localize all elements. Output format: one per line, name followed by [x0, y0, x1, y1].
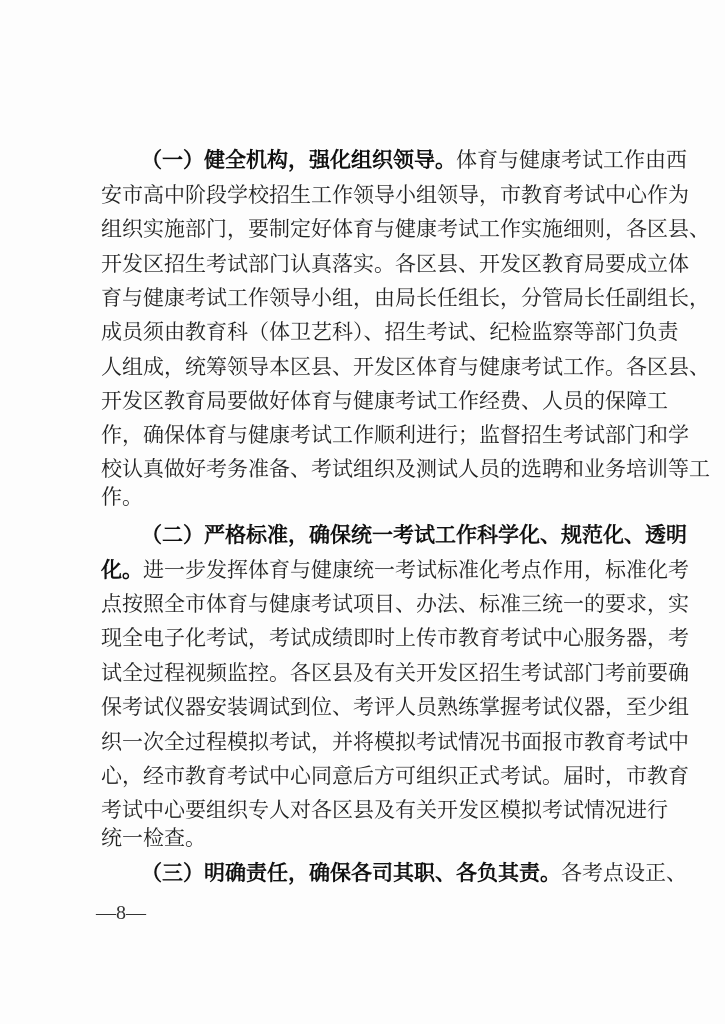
- paragraph-line: 开发区招生考试部门认真落实。各区县、开发区教育局要成立体: [101, 247, 635, 281]
- section-heading: （一）健全机构，强化组织领导。: [141, 147, 456, 172]
- paragraph-line: 组织实施部门，要制定好体育与健康考试工作实施细则，各区县、: [101, 212, 635, 246]
- paragraph-line: 保考试仪器安装调试到位、考评人员熟练掌握考试仪器，至少组: [101, 690, 635, 724]
- paragraph-line: （一）健全机构，强化组织领导。体育与健康考试工作由西: [141, 143, 635, 177]
- section-heading-continued: 化。: [101, 557, 143, 582]
- paragraph-line: 现全电子化考试，考试成绩即时上传市教育考试中心服务器，考: [101, 621, 635, 655]
- section-heading: （二）严格标准，确保统一考试工作科学化、规范化、透明: [141, 522, 687, 547]
- page-number: —8—: [96, 902, 146, 925]
- paragraph-line: 试全过程视频监控。各区县及有关开发区招生考试部门考前要确: [101, 656, 635, 690]
- paragraph-line: 开发区教育局要做好体育与健康考试工作经费、人员的保障工: [101, 384, 635, 418]
- paragraph-line: （二）严格标准，确保统一考试工作科学化、规范化、透明: [141, 518, 635, 552]
- paragraph-line: 人组成，统筹领导本区县、开发区体育与健康考试工作。各区县、: [101, 350, 635, 384]
- paragraph-line: 育与健康考试工作领导小组，由局长任组长，分管局长任副组长，: [101, 281, 635, 315]
- paragraph-line: 心，经市教育考试中心同意后方可组织正式考试。届时，市教育: [101, 759, 635, 793]
- paragraph-line: 作，确保体育与健康考试工作顺利进行；监督招生考试部门和学: [101, 418, 635, 452]
- paragraph-line: 织一次全过程模拟考试，并将模拟考试情况书面报市教育考试中: [101, 725, 635, 759]
- paragraph-line: 成员须由教育科（体卫艺科）、招生考试、纪检监察等部门负责: [101, 315, 635, 349]
- paragraph-line: 统一检查。: [101, 821, 635, 855]
- paragraph-line: 安市高中阶段学校招生工作领导小组领导，市教育考试中心作为: [101, 178, 635, 212]
- document-page: （一）健全机构，强化组织领导。体育与健康考试工作由西 安市高中阶段学校招生工作领…: [0, 0, 725, 1024]
- section-heading: （三）明确责任，确保各司其职、各负其责。: [141, 860, 561, 885]
- paragraph-line: 作。: [101, 480, 635, 514]
- paragraph-line: 点按照全市体育与健康考试项目、办法、标准三统一的要求，实: [101, 587, 635, 621]
- paragraph-line: 化。进一步发挥体育与健康统一考试标准化考点作用，标准化考: [101, 553, 635, 587]
- paragraph-line: （三）明确责任，确保各司其职、各负其责。各考点设正、: [141, 856, 635, 890]
